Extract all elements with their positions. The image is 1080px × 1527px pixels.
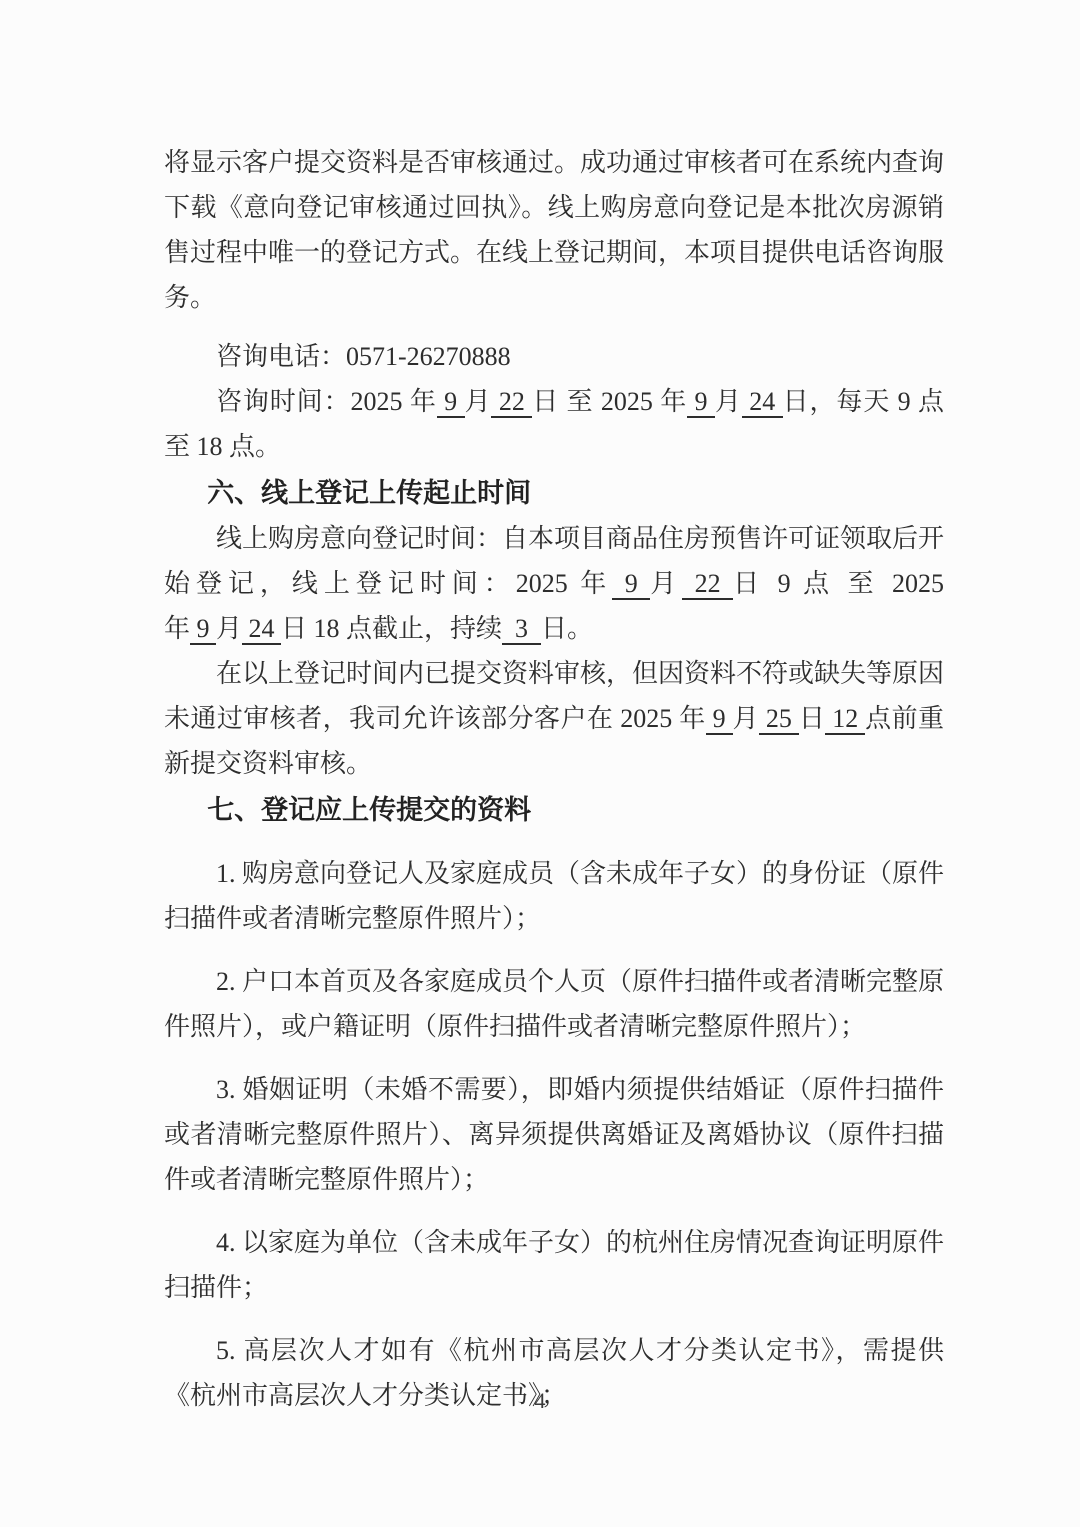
text-run: 日 18 点截止，持续 [281, 614, 502, 643]
text-run: 日 至 2025 年 [532, 387, 687, 416]
text-run: 月 [216, 614, 242, 643]
paragraph-registration-time: 线上购房意向登记时间：自本项目商品住房预售许可证领取后开始登记，线上登记时间：2… [164, 516, 944, 651]
underlined-value: 3 [502, 614, 541, 645]
page-number: 4 [0, 1386, 1080, 1416]
underlined-value: 24 [242, 614, 281, 645]
paragraph-consult-phone: 咨询电话：0571-26270888 [164, 334, 944, 379]
text-run: 七、登记应上传提交的资料 [207, 795, 531, 825]
text-run: 日。 [541, 614, 593, 643]
underlined-value: 22 [682, 569, 733, 600]
text-run: 月 [465, 387, 492, 416]
text-run: 日 [799, 704, 825, 733]
underlined-value: 9 [437, 387, 465, 418]
underlined-value: 12 [825, 704, 865, 735]
paragraph-review-result: 将显示客户提交资料是否审核通过。成功通过审核者可在系统内查询下载《意向登记审核通… [164, 140, 944, 320]
heading-section-six: 六、线上登记上传起止时间 [164, 471, 944, 516]
underlined-value: 25 [759, 704, 799, 735]
text-run: 3. 婚姻证明（未婚不需要），即婚内须提供结婚证（原件扫描件或者清晰完整原件照片… [164, 1075, 944, 1194]
heading-section-seven: 七、登记应上传提交的资料 [164, 788, 944, 833]
text-run: 六、线上登记上传起止时间 [207, 478, 531, 508]
list-item-marriage-certificate: 3. 婚姻证明（未婚不需要），即婚内须提供结婚证（原件扫描件或者清晰完整原件照片… [164, 1067, 944, 1202]
paragraph-resubmit-deadline: 在以上登记时间内已提交资料审核，但因资料不符或缺失等原因未通过审核者，我司允许该… [164, 651, 944, 786]
text-run: 1. 购房意向登记人及家庭成员（含未成年子女）的身份证（原件扫描件或者清晰完整原… [164, 859, 944, 933]
underlined-value: 9 [612, 569, 650, 600]
text-run: 2. 户口本首页及各家庭成员个人页（原件扫描件或者清晰完整原件照片），或户籍证明… [164, 967, 944, 1041]
list-item-id-card: 1. 购房意向登记人及家庭成员（含未成年子女）的身份证（原件扫描件或者清晰完整原… [164, 851, 944, 941]
underlined-value: 9 [190, 614, 216, 645]
underlined-value: 22 [491, 387, 532, 418]
text-run: 月 [650, 569, 682, 598]
text-run: 月 [715, 387, 742, 416]
paragraph-consult-time: 咨询时间：2025 年 9 月 22 日 至 2025 年 9 月 24 日，每… [164, 379, 944, 469]
list-item-housing-query-certificate: 4. 以家庭为单位（含未成年子女）的杭州住房情况查询证明原件扫描件； [164, 1220, 944, 1310]
underlined-value: 9 [706, 704, 733, 735]
text-run: 月 [733, 704, 759, 733]
underlined-value: 9 [687, 387, 715, 418]
list-item-household-register: 2. 户口本首页及各家庭成员个人页（原件扫描件或者清晰完整原件照片），或户籍证明… [164, 959, 944, 1049]
text-run: 咨询时间：2025 年 [216, 387, 437, 416]
underlined-value: 24 [742, 387, 783, 418]
text-run: 将显示客户提交资料是否审核通过。成功通过审核者可在系统内查询下载《意向登记审核通… [164, 148, 944, 312]
text-run: 咨询电话：0571-26270888 [216, 342, 511, 371]
document-page: 将显示客户提交资料是否审核通过。成功通过审核者可在系统内查询下载《意向登记审核通… [0, 0, 1080, 1527]
text-run: 4. 以家庭为单位（含未成年子女）的杭州住房情况查询证明原件扫描件； [164, 1228, 944, 1302]
